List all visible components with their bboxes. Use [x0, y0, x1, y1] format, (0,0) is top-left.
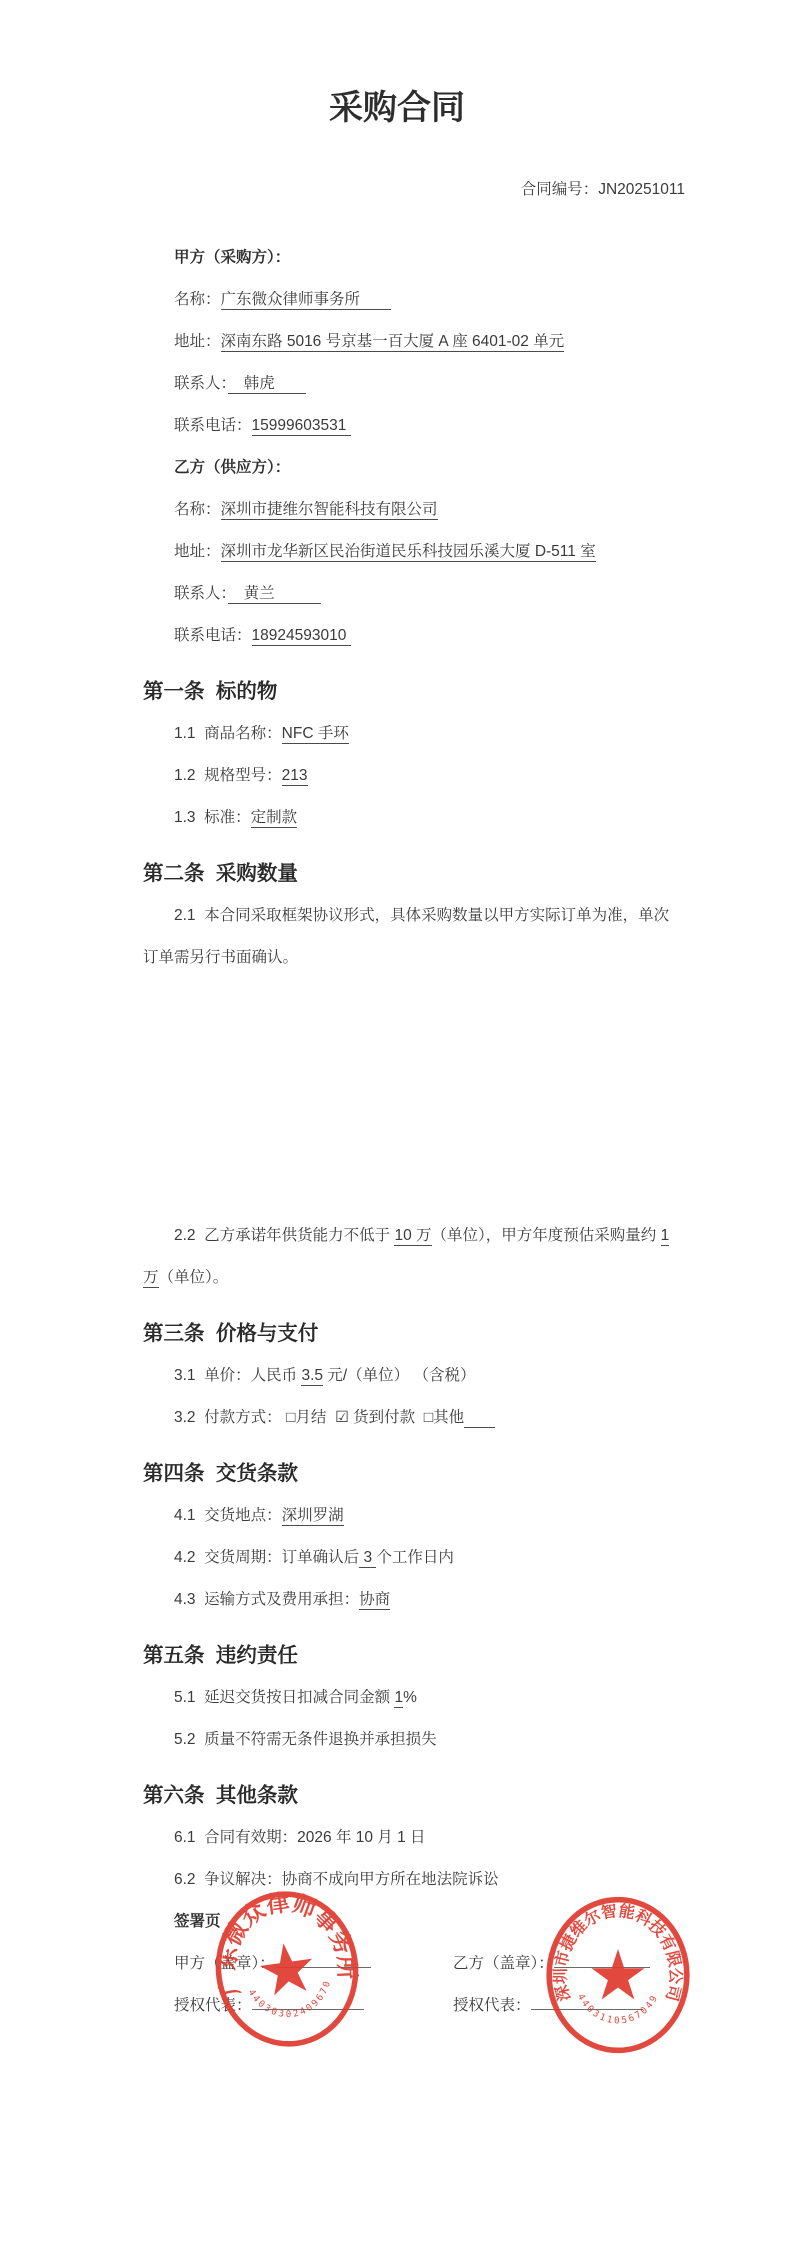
contract-paragraph: 联系电话：15999603531: [143, 405, 685, 447]
contract-body: 甲方（采购方）：名称：广东微众律师事务所 地址：深南东路 5016 号京基一百大…: [143, 237, 685, 1943]
clause-heading: 第五条 违约责任: [143, 1635, 685, 1677]
contract-paragraph: 5.2 质量不符需无条件退换并承担损失: [143, 1719, 685, 1761]
party-b-seal-cell: 乙方（盖章）：: [453, 1943, 685, 1985]
filled-value: 18924593010: [252, 627, 351, 646]
party-a-seal-blank: [275, 1950, 371, 1968]
contract-paragraph: 3.2 付款方式： □月结 ☑ 货到付款 □其他: [143, 1397, 685, 1439]
text-run: 5.1 延迟交货按日扣减合同金额: [174, 1689, 394, 1706]
text-run: 名称：: [174, 501, 221, 518]
contract-paragraph: 4.3 运输方式及费用承担：协商: [143, 1579, 685, 1621]
text-run: 月结: [295, 1409, 335, 1426]
contract-paragraph: 联系人： 韩虎: [143, 363, 685, 405]
contract-number-label: 合同编号：: [521, 181, 599, 198]
contract-paragraph: 联系电话：18924593010: [143, 615, 685, 657]
filled-value: 广东微众律师事务所: [221, 291, 392, 310]
text-run: 6.1 合同有效期：2026 年 10 月 1 日: [174, 1829, 426, 1846]
filled-value: [464, 1409, 495, 1428]
text-run: 联系人：: [174, 585, 228, 602]
contract-paragraph: 乙方（供应方）：: [143, 447, 685, 489]
contract-page: 采购合同 合同编号：JN20251011 甲方（采购方）：名称：广东微众律师事务…: [0, 0, 794, 2246]
filled-value: 3.5: [301, 1367, 323, 1386]
contract-number-line: 合同编号：JN20251011: [143, 169, 685, 211]
text-run: 个工作日内: [376, 1549, 454, 1566]
text-run: 货到付款: [349, 1409, 424, 1426]
filled-value: 深圳市捷维尔智能科技有限公司: [221, 501, 438, 520]
filled-value: 定制款: [251, 809, 298, 828]
text-run: 联系人：: [174, 375, 228, 392]
party-b-rep-blank: [531, 1992, 643, 2010]
text-run: 4.3 运输方式及费用承担：: [174, 1591, 359, 1608]
clause-heading: 第三条 价格与支付: [143, 1313, 685, 1355]
text-run: 订单需另行书面确认。: [143, 949, 298, 966]
party-a-rep-label: 授权代表：: [174, 1997, 252, 2014]
filled-value: 10 万: [394, 1227, 431, 1246]
contract-paragraph: 1.3 标准：定制款: [143, 797, 685, 839]
checkbox-unchecked-icon: □: [286, 1409, 295, 1426]
contract-paragraph: 6.2 争议解决：协商不成向甲方所在地法院诉讼: [143, 1859, 685, 1901]
text-run: （单位），甲方年度预估采购量约: [432, 1227, 661, 1244]
contract-paragraph: 4.2 交货周期：订单确认后 3 个工作日内: [143, 1537, 685, 1579]
filled-value: 韩虎: [228, 375, 306, 394]
text-run: 1.3 标准：: [174, 809, 251, 826]
filled-value: 3: [359, 1549, 376, 1568]
clause-heading: 第六条 其他条款: [143, 1775, 685, 1817]
party-b-seal-blank: [554, 1950, 650, 1968]
text-run: 第六条 其他条款: [143, 1784, 298, 1807]
contract-paragraph: 签署页: [143, 1901, 685, 1943]
clause-heading: 第四条 交货条款: [143, 1453, 685, 1495]
filled-value: 1: [394, 1689, 403, 1708]
contract-number-value: JN20251011: [598, 181, 685, 198]
text-run: 甲方（采购方）：: [174, 249, 290, 266]
text-run: 第二条 采购数量: [143, 862, 298, 885]
text-run: 第五条 违约责任: [143, 1644, 298, 1667]
contract-paragraph: 名称：广东微众律师事务所: [143, 279, 685, 321]
filled-value: 万: [143, 1269, 159, 1288]
party-a-rep-blank: [252, 1992, 364, 2010]
text-run: （单位）。: [159, 1269, 229, 1286]
contract-paragraph: 2.1 本合同采取框架协议形式，具体采购数量以甲方实际订单为准，单次订单需另行书…: [143, 895, 685, 979]
text-run: 3.1 单价：人民币: [174, 1367, 301, 1384]
text-run: 第四条 交货条款: [143, 1462, 298, 1485]
party-a-seal-cell: 甲方（盖章）：: [174, 1943, 453, 1985]
contract-paragraph: 1.2 规格型号：213: [143, 755, 685, 797]
text-run: 6.2 争议解决：协商不成向甲方所在地法院诉讼: [174, 1871, 499, 1888]
text-run: 2.2 乙方承诺年供货能力不低于: [174, 1227, 394, 1244]
text-run: %: [403, 1689, 417, 1706]
text-run: 联系电话：: [174, 417, 252, 434]
filled-value: 1: [661, 1227, 670, 1246]
text-run: 2.1 本合同采取框架协议形式，具体采购数量以甲方实际订单为准，单次: [174, 907, 669, 924]
filled-value: 协商: [359, 1591, 390, 1610]
text-run: 1.2 规格型号：: [174, 767, 282, 784]
checkbox-unchecked-icon: □: [424, 1409, 433, 1426]
text-run: 联系电话：: [174, 627, 252, 644]
text-run: 地址：: [174, 333, 221, 350]
contract-paragraph: 4.1 交货地点：深圳罗湖: [143, 1495, 685, 1537]
party-b-seal-label: 乙方（盖章）：: [453, 1955, 554, 1972]
text-run: 名称：: [174, 291, 221, 308]
filled-value: NFC 手环: [282, 725, 349, 744]
text-run: 其他: [433, 1409, 464, 1426]
contract-paragraph: 地址：深圳市龙华新区民治街道民乐科技园乐溪大厦 D-511 室: [143, 531, 685, 573]
filled-value: 213: [282, 767, 308, 786]
filled-value: 深圳市龙华新区民治街道民乐科技园乐溪大厦 D-511 室: [221, 543, 596, 562]
contract-paragraph: 1.1 商品名称：NFC 手环: [143, 713, 685, 755]
contract-paragraph: 联系人： 黄兰: [143, 573, 685, 615]
filled-value: 深圳罗湖: [282, 1507, 344, 1526]
text-run: 5.2 质量不符需无条件退换并承担损失: [174, 1731, 437, 1748]
text-run: 4.1 交货地点：: [174, 1507, 282, 1524]
filled-value: 15999603531: [252, 417, 351, 436]
text-run: 3.2 付款方式：: [174, 1409, 286, 1426]
text-run: 4.2 交货周期：订单确认后: [174, 1549, 359, 1566]
document-title: 采购合同: [0, 85, 794, 131]
clause-heading: 第二条 采购数量: [143, 853, 685, 895]
contract-paragraph: 6.1 合同有效期：2026 年 10 月 1 日: [143, 1817, 685, 1859]
filled-value: 深南东路 5016 号京基一百大厦 A 座 6401-02 单元: [221, 333, 565, 352]
contract-paragraph: 2.2 乙方承诺年供货能力不低于 10 万（单位），甲方年度预估采购量约 1万（…: [143, 1215, 685, 1299]
clause-heading: 第一条 标的物: [143, 671, 685, 713]
contract-paragraph: 名称：深圳市捷维尔智能科技有限公司: [143, 489, 685, 531]
party-a-seal-label: 甲方（盖章）：: [174, 1955, 275, 1972]
text-run: 1.1 商品名称：: [174, 725, 282, 742]
text-run: 第三条 价格与支付: [143, 1322, 318, 1345]
contract-paragraph: 地址：深南东路 5016 号京基一百大厦 A 座 6401-02 单元: [143, 321, 685, 363]
signature-row-rep: 授权代表： 授权代表：: [143, 1985, 685, 2027]
signature-row-seal: 甲方（盖章）： 乙方（盖章）：: [143, 1943, 685, 1985]
text-run: 地址：: [174, 543, 221, 560]
filled-value: 黄兰: [228, 585, 321, 604]
contract-paragraph: 3.1 单价：人民币 3.5 元/（单位） （含税）: [143, 1355, 685, 1397]
text-run: 乙方（供应方）：: [174, 459, 290, 476]
contract-paragraph: 甲方（采购方）：: [143, 237, 685, 279]
party-b-rep-label: 授权代表：: [453, 1997, 531, 2014]
checkbox-checked-icon: ☑: [335, 1409, 349, 1426]
text-run: 元/（单位） （含税）: [323, 1367, 475, 1384]
contract-paragraph: 5.1 延迟交货按日扣减合同金额 1%: [143, 1677, 685, 1719]
text-run: 第一条 标的物: [143, 680, 277, 703]
party-a-rep-cell: 授权代表：: [174, 1985, 453, 2027]
text-run: 签署页: [174, 1913, 221, 1930]
party-b-rep-cell: 授权代表：: [453, 1985, 685, 2027]
